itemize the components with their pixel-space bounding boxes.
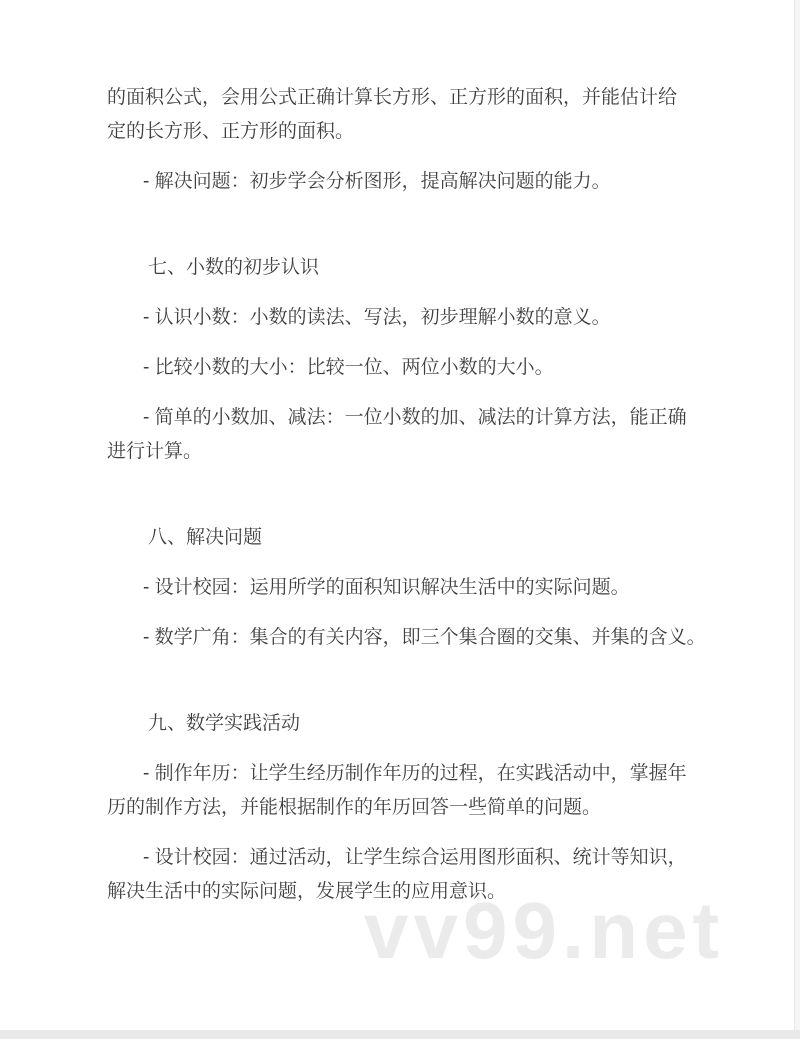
- bullet-item: - 认识小数：小数的读法、写法，初步理解小数的意义。: [107, 301, 747, 335]
- page-right-edge: [794, 0, 800, 1039]
- bullet-item: - 解决问题：初步学会分析图形，提高解决问题的能力。: [107, 165, 747, 199]
- bullet-item: - 比较小数的大小：比较一位、两位小数的大小。: [107, 351, 747, 385]
- page-bottom-edge: [0, 1030, 800, 1039]
- section-heading: 九、数学实践活动: [107, 707, 747, 741]
- bullet-item: - 简单的小数加、减法：一位小数的加、减法的计算方法，能正确 进行计算。: [107, 401, 747, 469]
- document-paragraph: 的面积公式，会用公式正确计算长方形、正方形的面积，并能估计给 定的长方形、正方形…: [107, 81, 747, 149]
- bullet-item: - 制作年历：让学生经历制作年历的过程，在实践活动中，掌握年 历的制作方法，并能…: [107, 757, 747, 825]
- section-heading: 八、解决问题: [107, 521, 747, 555]
- section-heading: 七、小数的初步认识: [107, 251, 747, 285]
- bullet-item: - 设计校园：运用所学的面积知识解决生活中的实际问题。: [107, 571, 747, 605]
- watermark: vv99.net: [364, 891, 724, 971]
- document-page: { "document": { "blocks": [ { "type": "c…: [0, 0, 800, 1039]
- bullet-item: - 数学广角：集合的有关内容，即三个集合圈的交集、并集的含义。: [107, 621, 747, 655]
- document-body: 的面积公式，会用公式正确计算长方形、正方形的面积，并能估计给 定的长方形、正方形…: [0, 0, 787, 925]
